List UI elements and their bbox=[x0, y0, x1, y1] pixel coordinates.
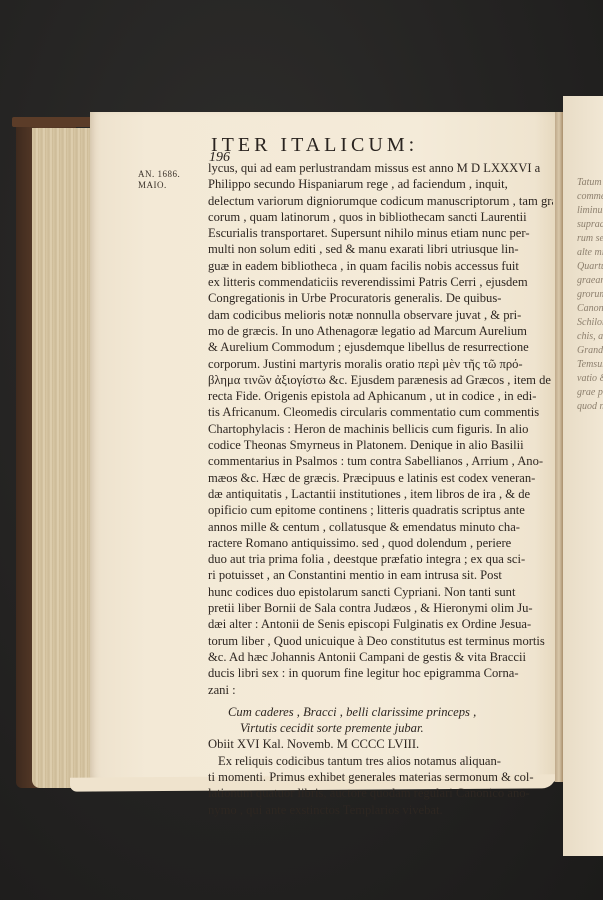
text-line: & Aurelium Commodum ; ejusdemque libellu… bbox=[208, 339, 553, 355]
text-line: multi non solum editi , sed & manu exara… bbox=[208, 241, 553, 257]
text-line: tis Africanum. Cleomedis circularis comm… bbox=[208, 404, 553, 420]
text-line: Congregationis in Urbe Procuratoris gene… bbox=[208, 290, 553, 306]
text-line: annos mille & centum , collatusque & eme… bbox=[208, 519, 553, 535]
running-head: ITER ITALICUM: bbox=[211, 134, 571, 157]
text-line: delectum variorum digniorumque codicum m… bbox=[208, 193, 553, 209]
text-line: mo de græcis. In uno Athenagoræ legatio … bbox=[208, 323, 553, 339]
text-line: Escurialis transportaret. Supersunt nihi… bbox=[208, 225, 553, 241]
text-line: zani : bbox=[208, 682, 553, 698]
text-line: ractere Romano antiquissimo. sed , quod … bbox=[208, 535, 553, 551]
text-line: dæi alter : Antonii de Senis episcopi Fu… bbox=[208, 616, 553, 632]
text-line: corum , quam latinorum , quos in bibliot… bbox=[208, 209, 553, 225]
epigram-verse-line: Virtutis cecidit sorte premente jubar. bbox=[208, 720, 553, 736]
text-line: codice Theonas Smyrneus in Platonem. Den… bbox=[208, 437, 553, 453]
text-line: recta Fide. Origenis epistola ad Aphican… bbox=[208, 388, 553, 404]
text-line: Philippo secundo Hispaniarum rege , ad f… bbox=[208, 176, 553, 192]
text-line: guæ in eadem bibliotheca , in quam facil… bbox=[208, 258, 553, 274]
text-line: lationum quatuor libris, auctore quodam … bbox=[208, 785, 553, 801]
text-line: corporum. Justini martyris moralis orati… bbox=[208, 356, 553, 372]
right-page-fragment: Tatum commer liminum supradi rum sercu a… bbox=[563, 96, 603, 856]
text-line: Chartophylacis : Heron de machinis belli… bbox=[208, 421, 553, 437]
text-line: hunc codices duo epistolarum sancti Cypr… bbox=[208, 584, 553, 600]
text-line: &c. Ad hæc Johannis Antonii Campani de g… bbox=[208, 649, 553, 665]
margin-note-year: AN. 1686. bbox=[138, 169, 208, 180]
text-line: duo aut tria prima folia , deestque præf… bbox=[208, 551, 553, 567]
text-line: commentarius in Psalmos : tum contra Sab… bbox=[208, 453, 553, 469]
text-line: mæos &c. Hæc de græcis. Præcipuus e lati… bbox=[208, 470, 553, 486]
margin-note: AN. 1686. MAIO. bbox=[138, 169, 208, 191]
text-line: βλημα τινῶν ἀξιογίστω &c. Ejusdem paræne… bbox=[208, 372, 553, 388]
book-gutter bbox=[555, 112, 563, 782]
text-line: nymo , qui ante exstinctos Templarios vi… bbox=[208, 802, 553, 818]
text-line: ti momenti. Primus exhibet generales mat… bbox=[208, 769, 553, 785]
text-line: torum liber , Quod unicuique à Deo const… bbox=[208, 633, 553, 649]
text-line: Ex reliquis codicibus tantum tres alios … bbox=[208, 753, 553, 769]
text-line: pretii liber Bornii de Sala contra Judæo… bbox=[208, 600, 553, 616]
text-line: dæ antiquitatis , Lactantii institutione… bbox=[208, 486, 553, 502]
page-stack-edge bbox=[32, 128, 92, 788]
text-line: ri potuisset , an Constantini mentio in … bbox=[208, 567, 553, 583]
text-line: opificio cum epitome continens ; litteri… bbox=[208, 502, 553, 518]
text-line: lycus, qui ad eam perlustrandam missus e… bbox=[208, 160, 553, 176]
margin-note-month: MAIO. bbox=[138, 180, 208, 191]
obituary-line: Obiit XVI Kal. Novemb. M CCCC LVIII. bbox=[208, 736, 553, 752]
right-page-text: Tatum commer liminum supradi rum sercu a… bbox=[577, 176, 603, 414]
text-line: dam codicibus melioris notæ nonnulla obs… bbox=[208, 307, 553, 323]
text-line: ducis libri sex : in quorum fine legitur… bbox=[208, 665, 553, 681]
epigram-verse-line: Cum caderes , Bracci , belli clarissime … bbox=[208, 704, 553, 720]
book-cover-edge bbox=[12, 117, 102, 127]
body-text: lycus, qui ad eam perlustrandam missus e… bbox=[208, 160, 553, 818]
text-line: ex litteris commendaticiis reverendissim… bbox=[208, 274, 553, 290]
